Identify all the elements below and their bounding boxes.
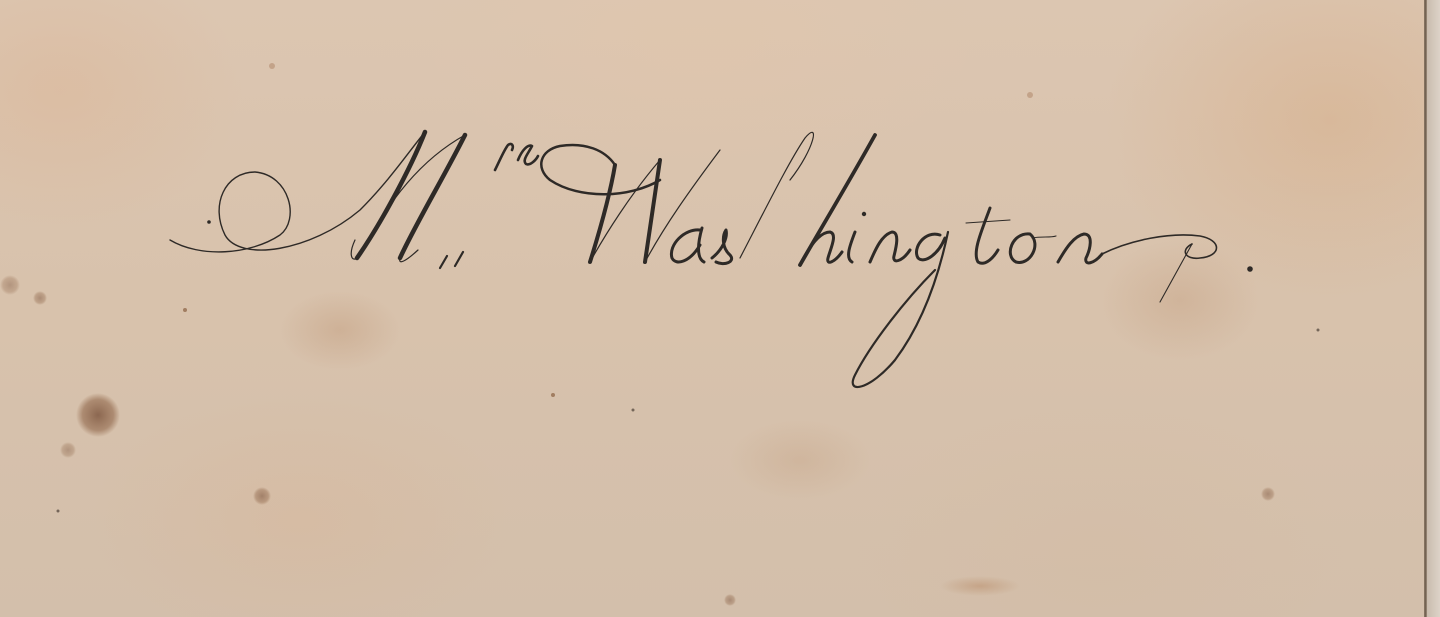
superscript-rs: [495, 144, 538, 170]
letter-m: [170, 132, 465, 268]
word-ashington: [671, 132, 1252, 387]
script-inscription: [0, 0, 1440, 617]
background-beyond-card: [1427, 0, 1440, 617]
letter-w: [541, 145, 720, 262]
visiting-card: Mrs Washington.: [0, 0, 1440, 617]
